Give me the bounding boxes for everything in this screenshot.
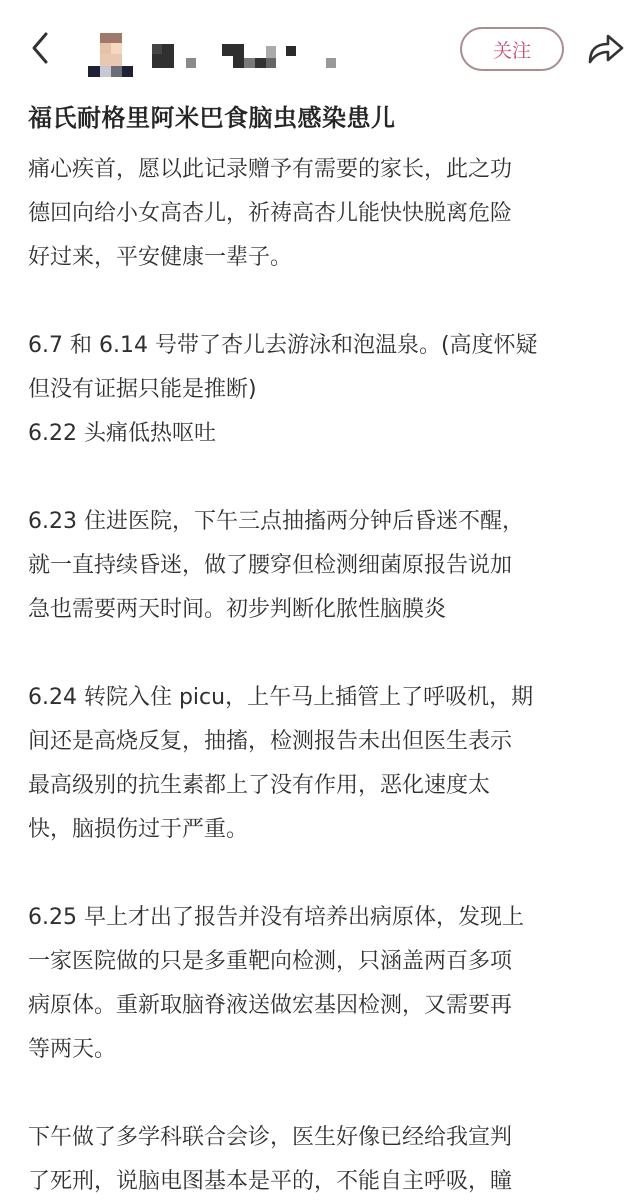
paragraph-dedication: 痛心疾首，愿以此记录赠予有需要的家长，此之功 德回向给小女高杏儿，祈祷高杏儿能快…	[28, 148, 618, 280]
post-body: 痛心疾首，愿以此记录赠予有需要的家长，此之功 德回向给小女高杏儿，祈祷高杏儿能快…	[28, 148, 618, 1164]
paragraph-afternoon-consultation: 下午做了多学科联合会诊，医生好像已经给我宣判 了死刑，说脑电图基本是平的，不能自…	[28, 1116, 618, 1164]
text-line: 德回向给小女高杏儿，祈祷高杏儿能快快脱离危险	[28, 192, 618, 236]
paragraph-6-25: 6.25 早上才出了报告并没有培养出病原体，发现上 一家医院做的只是多重靶向检测…	[28, 896, 618, 1072]
text-line: 就一直持续昏迷，做了腰穿但检测细菌原报告说加	[28, 544, 618, 588]
text-line: 6.23 住进医院，下午三点抽搐两分钟后昏迷不醒，	[28, 500, 618, 544]
text-line: 6.22 头痛低热呕吐	[28, 412, 618, 456]
text-line: 好过来，平安健康一辈子。	[28, 236, 618, 280]
text-line: 病原体。重新取脑脊液送做宏基因检测，又需要再	[28, 984, 618, 1028]
paragraph-6-23: 6.23 住进医院，下午三点抽搐两分钟后昏迷不醒， 就一直持续昏迷，做了腰穿但检…	[28, 500, 618, 632]
chevron-left-icon	[26, 28, 56, 68]
share-button[interactable]	[586, 30, 626, 66]
paragraph-6-24: 6.24 转院入住 picu，上午马上插管上了呼吸机，期 间还是高烧反复，抽搐，…	[28, 676, 618, 852]
paragraph-timeline-early: 6.7 和 6.14 号带了杏儿去游泳和泡温泉。(高度怀疑 但没有证据只能是推断…	[28, 324, 618, 456]
avatar[interactable]	[88, 33, 136, 81]
top-nav-bar: 关注	[0, 0, 640, 96]
text-line: 间还是高烧反复，抽搐，检测报告未出但医生表示	[28, 720, 618, 764]
text-line: 急也需要两天时间。初步判断化脓性脑膜炎	[28, 588, 618, 632]
text-line: 最高级别的抗生素都上了没有作用，恶化速度太	[28, 764, 618, 808]
text-line: 但没有证据只能是推断)	[28, 368, 618, 412]
text-line: 等两天。	[28, 1028, 618, 1072]
text-line: 了死刑，说脑电图基本是平的，不能自主呼吸，瞳	[28, 1160, 618, 1164]
follow-label: 关注	[493, 36, 531, 63]
text-line: 6.7 和 6.14 号带了杏儿去游泳和泡温泉。(高度怀疑	[28, 324, 618, 368]
text-line: 一家医院做的只是多重靶向检测，只涵盖两百多项	[28, 940, 618, 984]
post-title: 福氏耐格里阿米巴食脑虫感染患儿	[28, 98, 396, 138]
text-line: 下午做了多学科联合会诊，医生好像已经给我宣判	[28, 1116, 618, 1160]
follow-button[interactable]: 关注	[460, 27, 564, 71]
back-button[interactable]	[26, 28, 56, 68]
text-line: 6.24 转院入住 picu，上午马上插管上了呼吸机，期	[28, 676, 618, 720]
text-line: 6.25 早上才出了报告并没有培养出病原体，发现上	[28, 896, 618, 940]
text-line: 快，脑损伤过于严重。	[28, 808, 618, 852]
username-pixelated[interactable]	[152, 44, 342, 74]
text-line: 痛心疾首，愿以此记录赠予有需要的家长，此之功	[28, 148, 618, 192]
share-arrow-icon	[586, 30, 626, 66]
